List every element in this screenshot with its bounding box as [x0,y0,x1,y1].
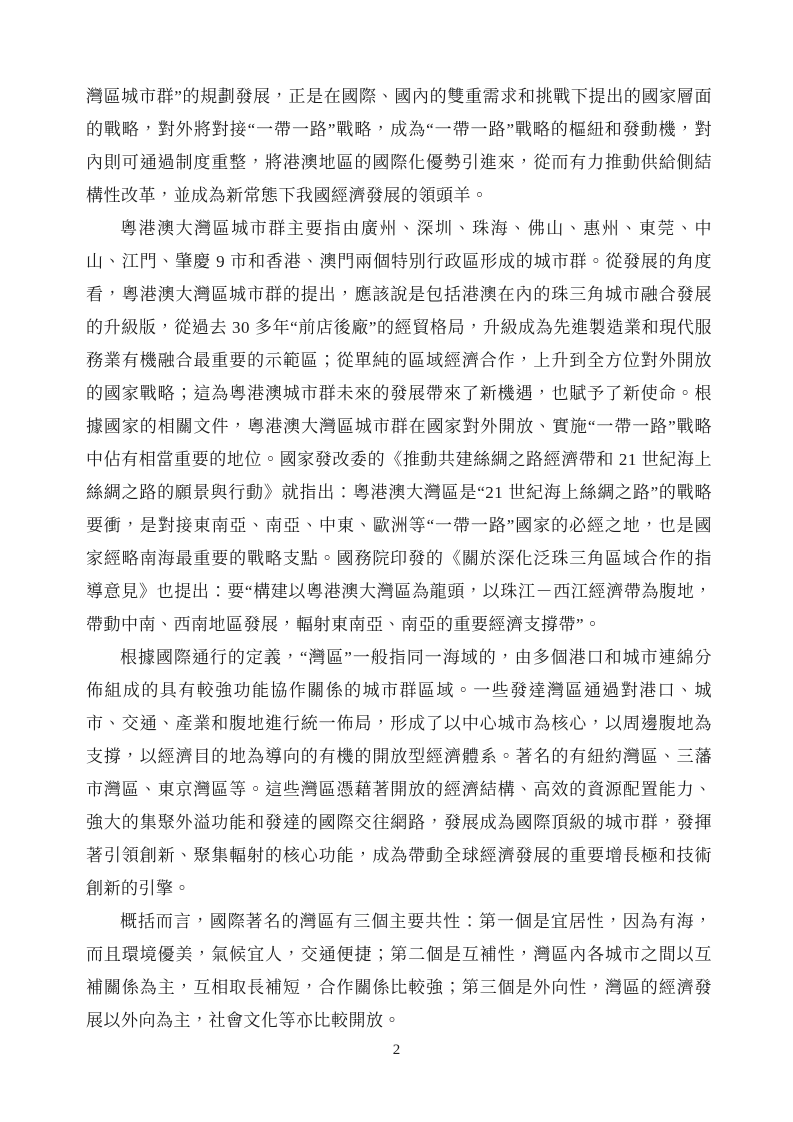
body-paragraph: 灣區城市群”的規劃發展，正是在國際、國內的雙重需求和挑戰下提出的國家層面的戰略，… [86,80,712,212]
document-page: 灣區城市群”的規劃發展，正是在國際、國內的雙重需求和挑戰下提出的國家層面的戰略，… [0,0,793,1122]
page-body-text: 灣區城市群”的規劃發展，正是在國際、國內的雙重需求和挑戰下提出的國家層面的戰略，… [86,80,712,1037]
body-paragraph: 根據國際通行的定義，“灣區”一般指同一海域的，由多個港口和城市連綿分佈組成的具有… [86,641,712,905]
body-paragraph: 概括而言，國際著名的灣區有三個主要共性：第一個是宜居性，因為有海，而且環境優美，… [86,905,712,1037]
body-paragraph: 粵港澳大灣區城市群主要指由廣州、深圳、珠海、佛山、惠州、東莞、中山、江門、肇慶 … [86,212,712,641]
page-number: 2 [0,1040,793,1060]
